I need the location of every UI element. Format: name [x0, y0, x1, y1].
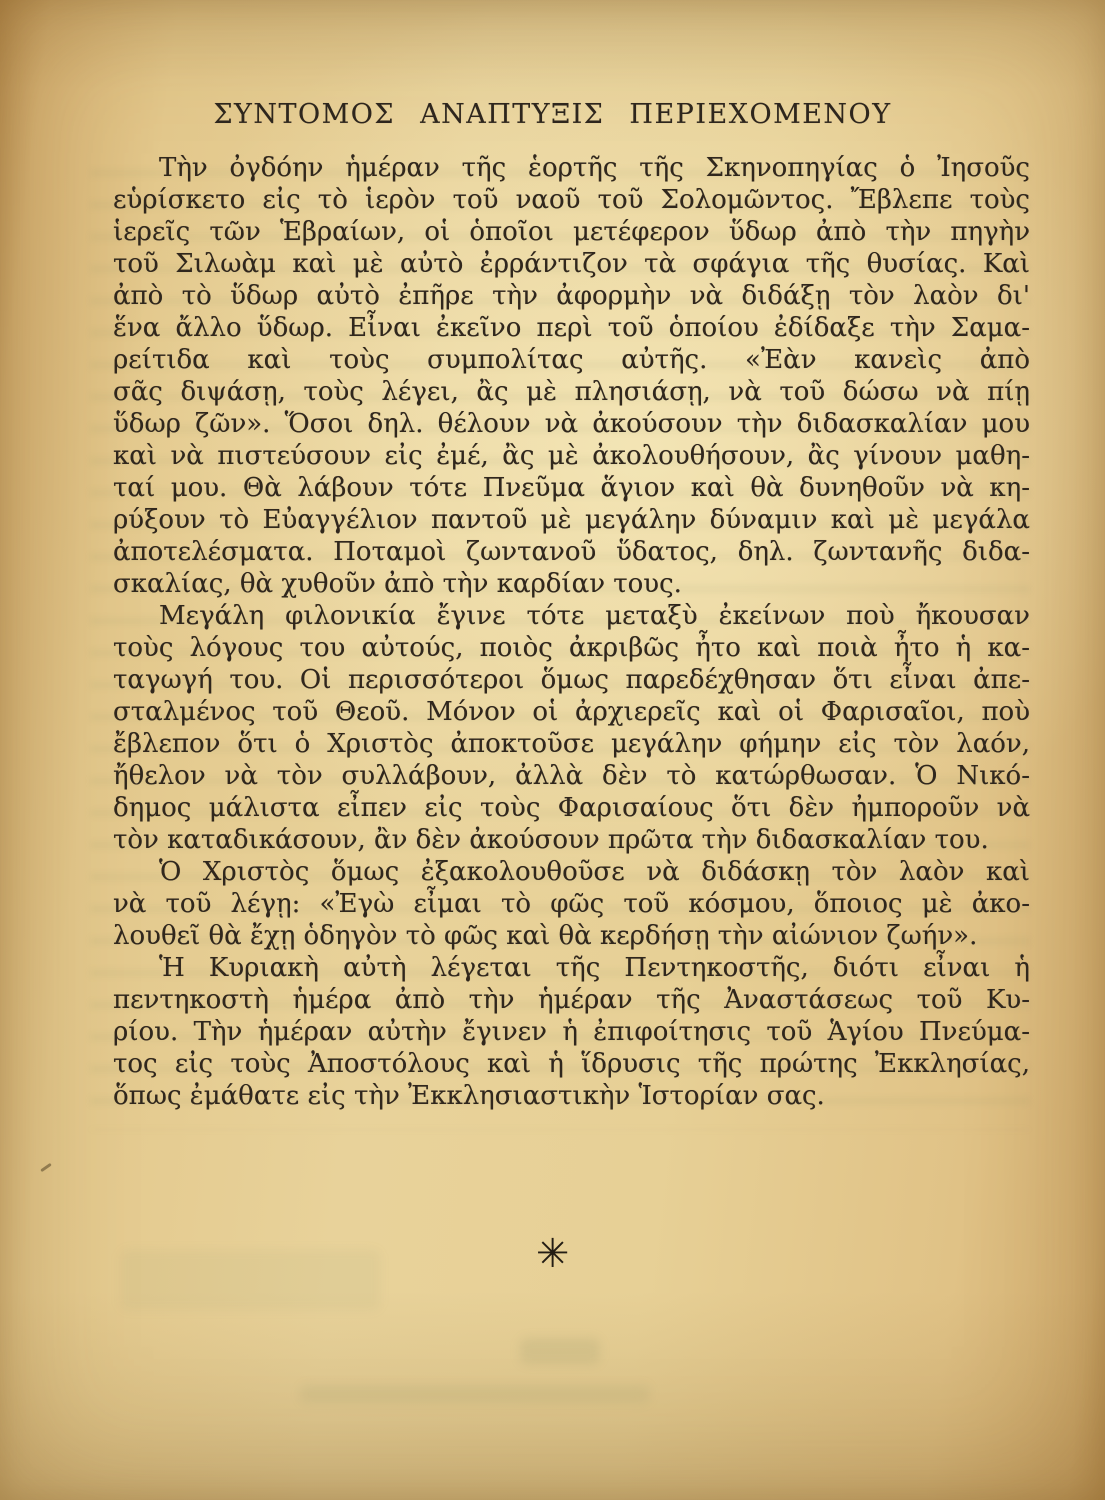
bleedthrough-smudge [300, 1385, 650, 1403]
text-line: ἀποτελέσματα. Ποταμοὶ ζωντανοῦ ὕδατος, δ… [113, 536, 1030, 568]
paragraph-4: Ἡ Κυριακὴ αὐτὴ λέγεται τῆς Πεντηκοστῆς, … [113, 952, 1030, 1112]
text-line: ἤθελον νὰ τὸν συλλάβουν, ἀλλὰ δὲν τὸ κατ… [113, 760, 1030, 792]
text-line: τοῦ Σιλωὰμ καὶ μὲ αὐτὸ ἐρράντιζον τὰ σφά… [113, 248, 1030, 280]
page-title: ΣΥΝΤΟΜΟΣ ΑΝΑΠΤΥΞΙΣ ΠΕΡΙΕΧΟΜΕΝΟΥ [0, 99, 1105, 131]
paragraph-1: Τὴν ὀγδόην ἡμέραν τῆς ἑορτῆς τῆς Σκηνοπη… [113, 152, 1030, 600]
asterisk-ornament-icon: ✳ [0, 1226, 1105, 1282]
text-line: ἱερεῖς τῶν Ἑβραίων, οἱ ὁποῖοι μετέφερον … [113, 216, 1030, 248]
text-line: Μεγάλη φιλονικία ἔγινε τότε μεταξὺ ἐκείν… [113, 600, 1030, 632]
text-line: τος εἰς τοὺς Ἀποστόλους καὶ ἡ ἵδρυσις τῆ… [113, 1048, 1030, 1080]
text-line: ρίου. Τὴν ἡμέραν αὐτὴν ἔγινεν ἡ ἐπιφοίτη… [113, 1016, 1030, 1048]
text-line: ρύξουν τὸ Εὐαγγέλιον παντοῦ μὲ μεγάλην δ… [113, 504, 1030, 536]
text-line: ἀπὸ τὸ ὕδωρ αὐτὸ ἐπῆρε τὴν ἀφορμὴν νὰ δι… [113, 280, 1030, 312]
text-line: σκαλίας, θὰ χυθοῦν ἀπὸ τὴν καρδίαν τους. [113, 568, 1030, 600]
bleedthrough-smudge [520, 1338, 600, 1364]
text-line: ταγωγή του. Οἱ περισσότεροι ὅμως παρεδέχ… [113, 664, 1030, 696]
text-line: ἔβλεπον ὅτι ὁ Χριστὸς ἀποκτοῦσε μεγάλην … [113, 728, 1030, 760]
text-line: Τὴν ὀγδόην ἡμέραν τῆς ἑορτῆς τῆς Σκηνοπη… [113, 152, 1030, 184]
body-text: Τὴν ὀγδόην ἡμέραν τῆς ἑορτῆς τῆς Σκηνοπη… [113, 152, 1030, 1112]
text-line: ὕδωρ ζῶν». Ὅσοι δηλ. θέλουν νὰ ἀκούσουν … [113, 408, 1030, 440]
text-line: δημος μάλιστα εἶπεν εἰς τοὺς Φαρισαίους … [113, 792, 1030, 824]
text-line: ἕνα ἄλλο ὕδωρ. Εἶναι ἐκεῖνο περὶ τοῦ ὁπο… [113, 312, 1030, 344]
text-line: λουθεῖ θὰ ἔχῃ ὁδηγὸν τὸ φῶς καὶ θὰ κερδή… [113, 920, 1030, 952]
text-line: ταί μου. Θὰ λάβουν τότε Πνεῦμα ἅγιον καὶ… [113, 472, 1030, 504]
text-line: ὅπως ἐμάθατε εἰς τὴν Ἐκκλησιαστικὴν Ἱστο… [113, 1080, 1030, 1112]
text-line: ρείτιδα καὶ τοὺς συμπολίτας αὐτῆς. «Ἐὰν … [113, 344, 1030, 376]
text-line: σᾶς διψάσῃ, τοὺς λέγει, ἂς μὲ πλησιάσῃ, … [113, 376, 1030, 408]
book-page: ΣΥΝΤΟΜΟΣ ΑΝΑΠΤΥΞΙΣ ΠΕΡΙΕΧΟΜΕΝΟΥ Τὴν ὀγδό… [0, 0, 1105, 1500]
text-line: πεντηκοστὴ ἡμέρα ἀπὸ τὴν ἡμέραν τῆς Ἀνασ… [113, 984, 1030, 1016]
paragraph-3: Ὁ Χριστὸς ὅμως ἐξακολουθοῦσε νὰ διδάσκῃ … [113, 856, 1030, 952]
text-line: νὰ τοῦ λέγῃ: «Ἐγὼ εἶμαι τὸ φῶς τοῦ κόσμο… [113, 888, 1030, 920]
text-line: τὸν καταδικάσουν, ἂν δὲν ἀκούσουν πρῶτα … [113, 824, 1030, 856]
text-line: σταλμένος τοῦ Θεοῦ. Μόνον οἱ ἀρχιερεῖς κ… [113, 696, 1030, 728]
text-line: εὑρίσκετο εἰς τὸ ἱερὸν τοῦ ναοῦ τοῦ Σολο… [113, 184, 1030, 216]
paper-speck [40, 1163, 52, 1172]
text-line: τοὺς λόγους του αὐτούς, ποιὸς ἀκριβῶς ἦτ… [113, 632, 1030, 664]
text-line: Ἡ Κυριακὴ αὐτὴ λέγεται τῆς Πεντηκοστῆς, … [113, 952, 1030, 984]
paragraph-2: Μεγάλη φιλονικία ἔγινε τότε μεταξὺ ἐκείν… [113, 600, 1030, 856]
text-line: καὶ νὰ πιστεύσουν εἰς ἐμέ, ἂς μὲ ἀκολουθ… [113, 440, 1030, 472]
text-line: Ὁ Χριστὸς ὅμως ἐξακολουθοῦσε νὰ διδάσκῃ … [113, 856, 1030, 888]
